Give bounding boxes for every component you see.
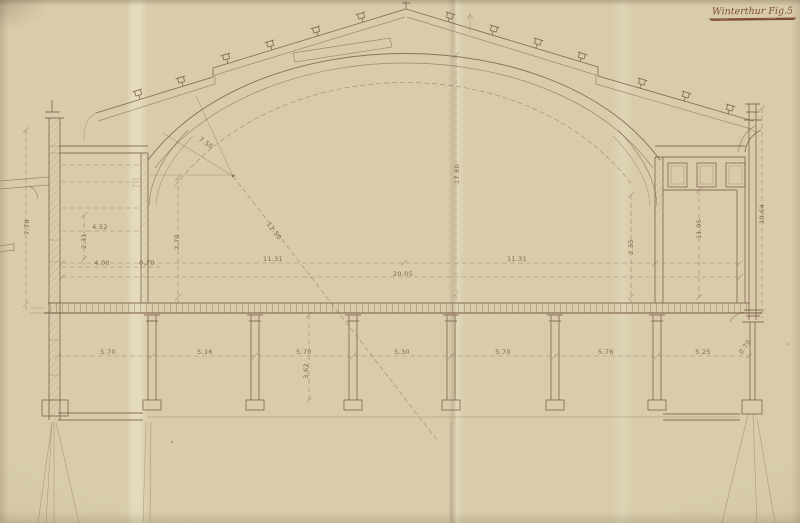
dimension-label: 2.70 [173,234,181,250]
dimension-label: 12.50 [265,221,283,242]
dimension-label: 0.70 [737,338,753,355]
dimension-label: 5.70 [495,348,511,356]
dimension-label: 2.31 [80,233,88,249]
dimension-label: 3.62 [302,363,310,379]
dimension-label: 20.05 [393,270,413,278]
dimension-labels-layer: 4.522.314.000.702.707.707.5012.5017.6011… [0,0,800,523]
title-annotation: Winterthur Fig.5 [709,6,796,20]
dimension-label: 5.30 [394,348,410,356]
dimension-label: 5.70 [100,348,116,356]
dimension-label: 11.31 [263,255,283,263]
drawing-sheet: 4.522.314.000.702.707.707.5012.5017.6011… [0,0,800,523]
dimension-label: 4.52 [92,223,108,231]
dimension-label: 10.64 [758,204,766,224]
dimension-label: 7.50 [197,135,214,151]
dimension-label: 5.25 [695,348,711,356]
dimension-label: 5.16 [197,348,213,356]
dimension-label: 7.70 [23,219,31,235]
dimension-label: 17.60 [453,164,461,184]
dimension-label: 5.76 [598,348,614,356]
dimension-label: 4.00 [94,259,110,267]
dimension-label: 11.05 [695,219,703,239]
dimension-label: 5.70 [296,348,312,356]
dimension-label: 2.35 [627,239,635,255]
dimension-label: 11.31 [507,255,527,263]
dimension-label: 0.70 [139,259,155,267]
